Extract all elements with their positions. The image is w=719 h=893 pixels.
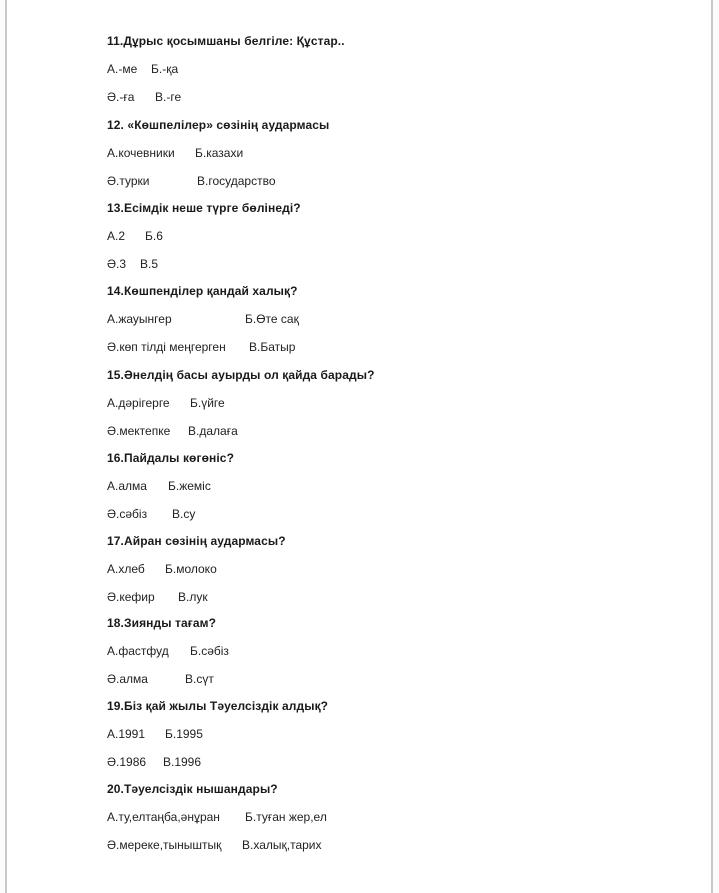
option-b: Б.сәбіз xyxy=(190,644,229,658)
question-19: 19.Біз қай жылы Тәуелсіздік алдық? А.199… xyxy=(7,699,711,783)
question-title: 11.Дұрыс қосымшаны белгіле: Құстар.. xyxy=(107,34,345,48)
option-c: Ә.-ға xyxy=(107,90,134,104)
question-title: 15.Әнелдің басы ауырды ол қайда барады? xyxy=(107,368,375,382)
question-17: 17.Айран сөзінің аудармасы? А.хлеб Б.мол… xyxy=(7,534,711,618)
question-title: 19.Біз қай жылы Тәуелсіздік алдық? xyxy=(107,699,328,713)
option-d: В.далаға xyxy=(188,424,238,438)
option-a: А.фастфуд xyxy=(107,644,169,658)
question-12: 12. «Көшпелілер» сөзінің аудармасы А.коч… xyxy=(7,118,711,202)
option-c: Ә.1986 xyxy=(107,755,146,769)
option-c: Ә.көп тілді меңгерген xyxy=(107,340,226,354)
option-b: Б.-қа xyxy=(151,62,178,76)
option-c: Ә.кефир xyxy=(107,590,155,604)
option-d: В.су xyxy=(172,507,195,521)
option-b: Б.үйге xyxy=(190,396,225,410)
option-a: А.кочевники xyxy=(107,146,175,160)
option-b: Б.казахи xyxy=(195,146,243,160)
question-title: 13.Есімдік неше түрге бөлінеді? xyxy=(107,201,301,215)
question-15: 15.Әнелдің басы ауырды ол қайда барады? … xyxy=(7,368,711,452)
question-title: 17.Айран сөзінің аудармасы? xyxy=(107,534,286,548)
option-c: Ә.мереке,тыныштық xyxy=(107,838,221,852)
question-title: 20.Тәуелсіздік нышандары? xyxy=(107,782,278,796)
option-c: Ә.3 xyxy=(107,257,126,271)
option-a: А.хлеб xyxy=(107,562,145,576)
option-c: Ә.алма xyxy=(107,672,148,686)
option-d: В.1996 xyxy=(163,755,201,769)
option-d: В.5 xyxy=(140,257,158,271)
question-title: 12. «Көшпелілер» сөзінің аудармасы xyxy=(107,118,329,132)
option-b: Б.1995 xyxy=(165,727,203,741)
option-a: А.жауынгер xyxy=(107,312,172,326)
option-a: А.1991 xyxy=(107,727,145,741)
question-18: 18.Зиянды тағам? А.фастфуд Б.сәбіз Ә.алм… xyxy=(7,616,711,700)
option-b: Б.Өте сақ xyxy=(245,312,299,326)
question-16: 16.Пайдалы көгөніс? А.алма Б.жеміс Ә.сәб… xyxy=(7,451,711,535)
option-c: Ә.турки xyxy=(107,174,150,188)
option-d: В.сүт xyxy=(185,672,214,686)
question-14: 14.Көшпенділер қандай халық? А.жауынгер … xyxy=(7,284,711,368)
option-b: Б.6 xyxy=(145,229,163,243)
question-title: 16.Пайдалы көгөніс? xyxy=(107,451,234,465)
question-13: 13.Есімдік неше түрге бөлінеді? А.2 Б.6 … xyxy=(7,201,711,285)
option-a: А.ту,елтаңба,әнұран xyxy=(107,810,220,824)
option-a: А.-ме xyxy=(107,62,137,76)
option-d: В.халық,тарих xyxy=(242,838,322,852)
question-title: 14.Көшпенділер қандай халық? xyxy=(107,284,298,298)
question-11: 11.Дұрыс қосымшаны белгіле: Құстар.. А.-… xyxy=(7,34,711,118)
option-c: Ә.сәбіз xyxy=(107,507,147,521)
option-c: Ә.мектепке xyxy=(107,424,170,438)
option-b: Б.молоко xyxy=(165,562,217,576)
question-20: 20.Тәуелсіздік нышандары? А.ту,елтаңба,ә… xyxy=(7,782,711,866)
question-title: 18.Зиянды тағам? xyxy=(107,616,216,630)
option-a: А.2 xyxy=(107,229,125,243)
document-page: 11.Дұрыс қосымшаны белгіле: Құстар.. А.-… xyxy=(5,0,713,893)
option-d: В.-ге xyxy=(155,90,181,104)
option-a: А.алма xyxy=(107,479,147,493)
option-d: В.Батыр xyxy=(249,340,295,354)
option-d: В.государство xyxy=(197,174,276,188)
option-b: Б.туған жер,ел xyxy=(245,810,327,824)
option-b: Б.жеміс xyxy=(168,479,211,493)
option-d: В.лук xyxy=(178,590,208,604)
option-a: А.дәрігерге xyxy=(107,396,170,410)
